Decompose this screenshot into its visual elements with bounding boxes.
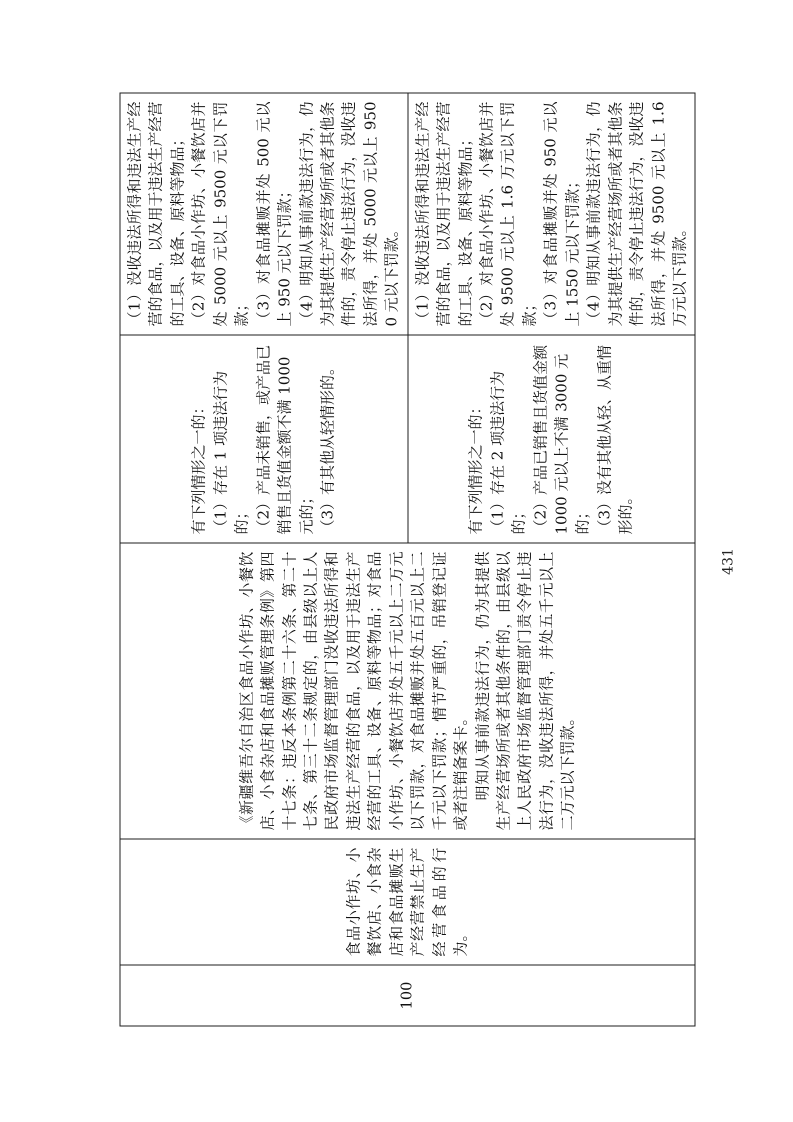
- legal-basis-paragraph-2: 明知从事前款违法行为，仍为其提供生产经营场所或者其他条件的，由县级以上人民政府市…: [472, 551, 579, 830]
- tier2-circumstances-item-1: （1）存在 2 项违法行为的；: [487, 343, 530, 534]
- tier2-penalty-cell: （1）没收违法所得和违法生产经营的食品，以及用于违法生产经营的工具、设备、原料等…: [407, 93, 695, 335]
- tier1-penalty-item-2: （2）对食品小作坊、小餐饮店并处 5000 元以上 9500 元以下罚款；: [188, 101, 252, 326]
- tier2-penalty-item-4: （4）明知从事前款违法行为，仍为其提供生产经营场所或者其他条件的，责令停止违法行…: [583, 101, 690, 326]
- tier2-penalty-item-3: （3）对食品摊贩并处 950 元以上 1550 元以下罚款；: [540, 101, 583, 326]
- tier2-circumstances-cell: 有下列情形之一的： （1）存在 2 项违法行为的； （2）产品已销售且货值金额 …: [407, 335, 695, 543]
- tier2-penalty-item-1: （1）没收违法所得和违法生产经营的食品，以及用于违法生产经营的工具、设备、原料等…: [412, 101, 476, 326]
- tier1-circumstances-cell: 有下列情形之一的： （1）存在 1 项违法行为的； （2）产品未销售，或产品已销…: [120, 335, 408, 543]
- tier1-penalty-cell: （1）没收违法所得和违法生产经营的食品，以及用于违法生产经营的工具、设备、原料等…: [120, 93, 408, 335]
- tier1-penalty-item-1: （1）没收违法所得和违法生产经营的食品，以及用于违法生产经营的工具、设备、原料等…: [124, 101, 188, 326]
- row-number-cell: 100: [120, 965, 695, 1026]
- legal-basis-paragraph-1: 《新疆维吾尔自治区食品小作坊、小餐饮店、小食杂店和食品摊贩管理条例》第四十七条：…: [236, 551, 472, 830]
- tier1-circumstances-item-2: （2）产品未销售，或产品已销售且货值金额不满 1000 元的；: [253, 343, 317, 534]
- tier2-circumstances-item-2: （2）产品已销售且货值金额 1000 元以上不满 3000 元的；: [530, 343, 594, 534]
- tier2-circumstances-item-3: （3）没有其他从轻、从重情形的。: [594, 343, 637, 534]
- tier1-penalty-item-3: （3）对食品摊贩并处 500 元以上 950 元以下罚款；: [253, 101, 296, 326]
- tier1-penalty-item-4: （4）明知从事前款违法行为，仍为其提供生产经营场所或者其他条件的，责令停止违法行…: [296, 101, 403, 326]
- penalty-standards-table: 100 食品小作坊、小餐饮店、小食杂店和食品摊贩生产经营禁止生产经营食品的行为。…: [119, 92, 695, 1026]
- table-row-tier1: 100 食品小作坊、小餐饮店、小食杂店和食品摊贩生产经营禁止生产经营食品的行为。…: [120, 93, 408, 1026]
- tier2-penalty-item-2: （2）对食品小作坊、小餐饮店并处 9500 元以上 1.6 万元以下罚款；: [476, 101, 540, 326]
- document-page: 100 食品小作坊、小餐饮店、小食杂店和食品摊贩生产经营禁止生产经营食品的行为。…: [0, 0, 793, 1122]
- tier1-circumstances-item-1: （1）存在 1 项违法行为的；: [210, 343, 253, 534]
- violation-cell: 食品小作坊、小餐饮店、小食杂店和食品摊贩生产经营禁止生产经营食品的行为。: [120, 839, 695, 965]
- rotated-landscape-sheet: 100 食品小作坊、小餐饮店、小食杂店和食品摊贩生产经营禁止生产经营食品的行为。…: [0, 0, 793, 1122]
- violation-text: 食品小作坊、小餐饮店、小食杂店和食品摊贩生产经营禁止生产经营食品的行为。: [343, 847, 472, 956]
- tier2-circumstances-intro: 有下列情形之一的：: [465, 343, 486, 534]
- tier1-circumstances-intro: 有下列情形之一的：: [188, 343, 209, 534]
- tier1-circumstances-item-3: （3）有其他从轻情形的。: [317, 343, 338, 534]
- page-number: 431: [720, 0, 736, 1122]
- legal-basis-cell: 《新疆维吾尔自治区食品小作坊、小餐饮店、小食杂店和食品摊贩管理条例》第四十七条：…: [120, 543, 695, 839]
- row-number: 100: [397, 967, 418, 1023]
